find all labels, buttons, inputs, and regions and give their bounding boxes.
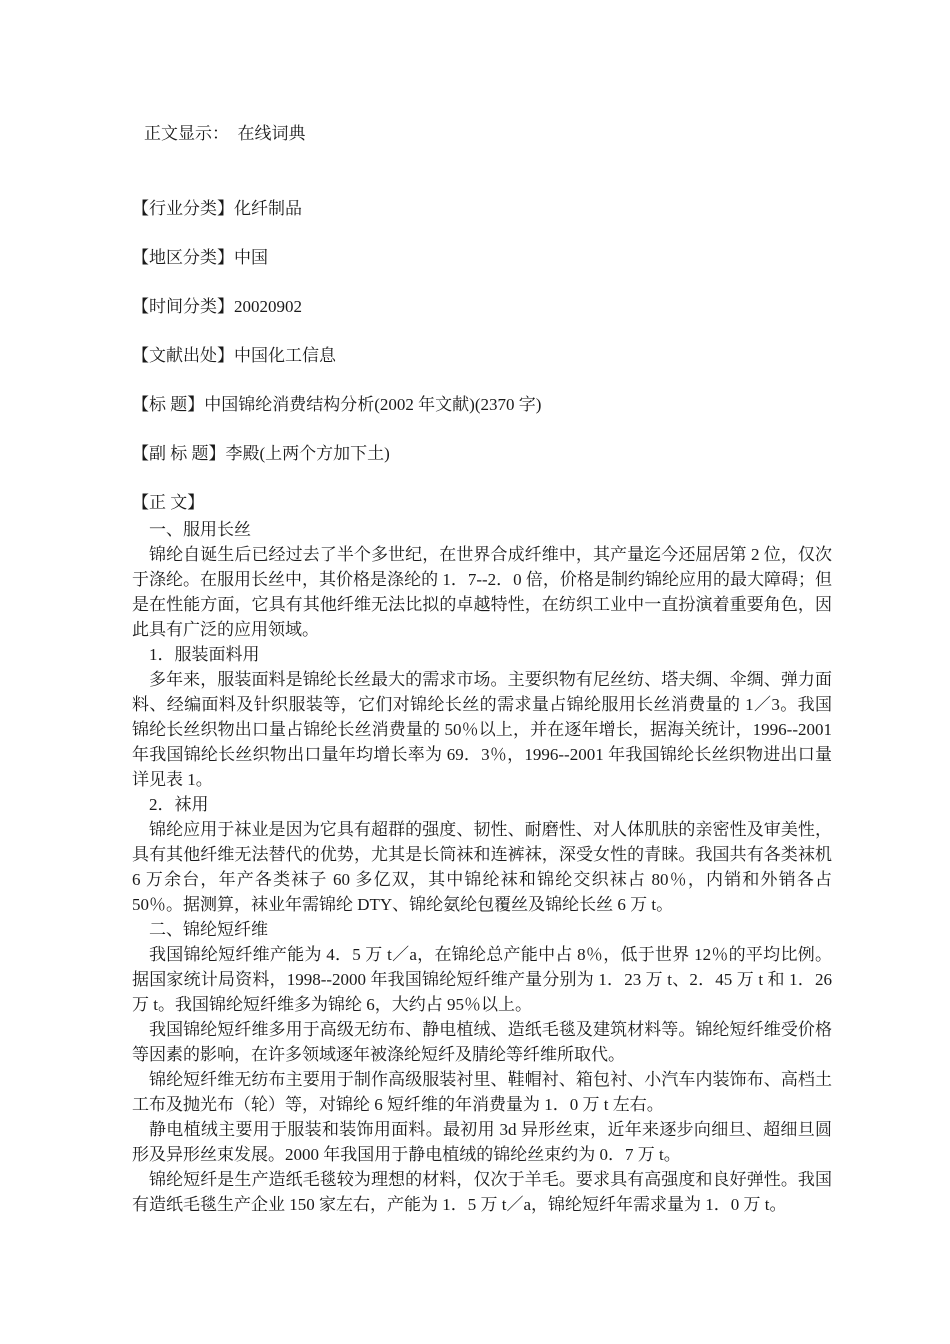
metadata-value: 中国 — [234, 248, 268, 267]
metadata-row-region: 【地区分类】中国 — [132, 245, 832, 270]
body-paragraph: 静电植绒主要用于服装和装饰用面料。最初用 3d 异形丝束，近年来逐步向细旦、超细… — [132, 1117, 832, 1167]
metadata-row-subtitle: 【副 标 题】李殿(上两个方加下土) — [132, 441, 832, 466]
body-paragraph: 锦纶自诞生后已经过去了半个多世纪，在世界合成纤维中，其产量迄今还屈居第 2 位，… — [132, 542, 832, 642]
body-paragraph: 锦纶短纤维无纺布主要用于制作高级服装衬里、鞋帽衬、箱包衬、小汽车内装饰布、高档土… — [132, 1067, 832, 1117]
body-paragraph: 二、锦纶短纤维 — [132, 917, 832, 942]
metadata-value: 化纤制品 — [234, 199, 302, 218]
metadata-label: 【正 文】 — [132, 493, 204, 512]
body-paragraph: 1．服装面料用 — [132, 642, 832, 667]
body-paragraph: 锦纶短纤是生产造纸毛毯较为理想的材料，仅次于羊毛。要求具有高强度和良好弹性。我国… — [132, 1167, 832, 1217]
metadata-row-bodymark: 【正 文】 — [132, 490, 832, 515]
body-paragraph: 2．袜用 — [132, 792, 832, 817]
document-page: 正文显示： 在线词典 【行业分类】化纤制品 【地区分类】中国 【时间分类】200… — [0, 0, 950, 1344]
metadata-value: 20020902 — [234, 297, 302, 316]
body-paragraph: 多年来，服装面料是锦纶长丝最大的需求市场。主要织物有尼丝纺、塔夫绸、伞绸、弹力面… — [132, 667, 832, 792]
metadata-label: 【标 题】 — [132, 395, 204, 414]
metadata-row-title: 【标 题】中国锦纶消费结构分析(2002 年文献)(2370 字) — [132, 392, 832, 417]
body-paragraph: 我国锦纶短纤维多用于高级无纺布、静电植绒、造纸毛毯及建筑材料等。锦纶短纤维受价格… — [132, 1017, 832, 1067]
metadata-row-industry: 【行业分类】化纤制品 — [132, 196, 832, 221]
metadata-value: 中国化工信息 — [234, 346, 336, 365]
metadata-label: 【地区分类】 — [132, 248, 234, 267]
metadata-label: 【文献出处】 — [132, 346, 234, 365]
metadata-row-source: 【文献出处】中国化工信息 — [132, 343, 832, 368]
metadata-row-date: 【时间分类】20020902 — [132, 294, 832, 319]
body-paragraph: 我国锦纶短纤维产能为 4．5 万 t／a，在锦纶总产能中占 8％，低于世界 12… — [132, 942, 832, 1017]
body-paragraph: 锦纶应用于袜业是因为它具有超群的强度、韧性、耐磨性、对人体肌肤的亲密性及审美性，… — [132, 817, 832, 917]
metadata-label: 【行业分类】 — [132, 199, 234, 218]
metadata-value: 李殿(上两个方加下土) — [226, 444, 390, 463]
body-paragraph: 一、服用长丝 — [132, 517, 832, 542]
metadata-value: 中国锦纶消费结构分析(2002 年文献)(2370 字) — [204, 395, 541, 414]
metadata-label: 【副 标 题】 — [132, 444, 226, 463]
header-line: 正文显示： 在线词典 — [132, 121, 832, 146]
article-body: 一、服用长丝 锦纶自诞生后已经过去了半个多世纪，在世界合成纤维中，其产量迄今还屈… — [132, 517, 832, 1217]
metadata-label: 【时间分类】 — [132, 297, 234, 316]
metadata-block: 【行业分类】化纤制品 【地区分类】中国 【时间分类】20020902 【文献出处… — [132, 196, 832, 515]
